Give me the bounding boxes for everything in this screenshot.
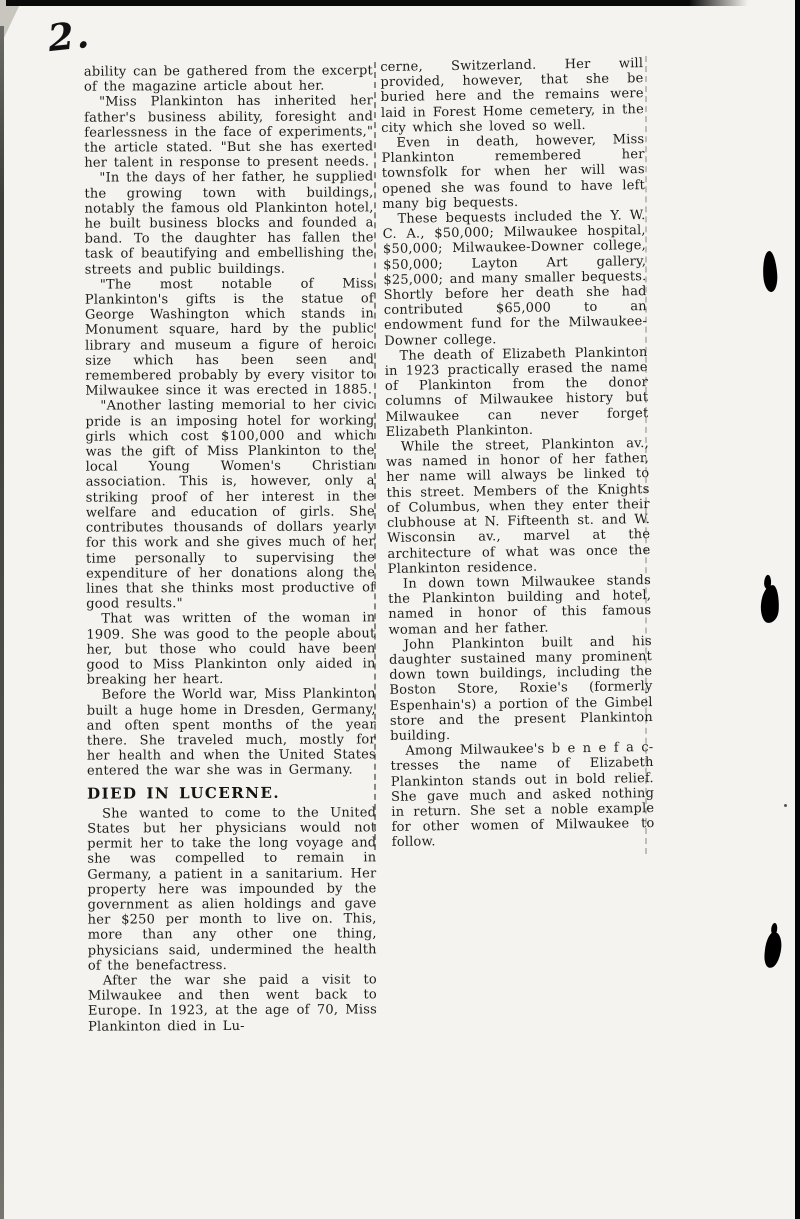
scan-speck	[784, 804, 787, 807]
article-paragraph: While the street, Plankinton av., was na…	[386, 436, 651, 577]
article-paragraph: "The most notable of Miss Plankinton's g…	[85, 276, 375, 399]
scan-edge-right-bar	[795, 0, 800, 1219]
article-paragraph: Before the World war, Miss Plankinton bu…	[87, 687, 376, 779]
newspaper-clipping-page: 2. ability can be gathered from the exce…	[0, 0, 800, 1219]
handwritten-page-number: 2.	[46, 12, 93, 60]
article-paragraph: These bequests included the Y. W. C. A.,…	[382, 208, 647, 349]
article-paragraph: "Another lasting memorial to her civic p…	[85, 398, 375, 612]
section-heading-died-in-lucerne: DIED IN LUCERNE.	[87, 785, 376, 801]
ink-blob	[760, 585, 780, 624]
article-paragraph: ability can be gathered from the excerpt…	[84, 63, 373, 95]
article-paragraph: Even in death, however, Miss Plankinton …	[381, 132, 645, 212]
article-paragraph: "In the days of her father, he supplied …	[84, 170, 373, 278]
article-paragraph: cerne, Switzerland. Her will provided, h…	[380, 56, 644, 136]
article-right-column: cerne, Switzerland. Her will provided, h…	[380, 56, 655, 850]
article-paragraph: Among Milwaukee's b e n e f a c- tresses…	[390, 740, 655, 850]
article-paragraph: She wanted to come to the United States …	[87, 805, 377, 973]
article-paragraph: "Miss Plankinton has inherited her fathe…	[84, 94, 373, 171]
article-paragraph: The death of Elizabeth Plankinton in 192…	[384, 345, 648, 440]
left-column-paragraphs: ability can be gathered from the excerpt…	[84, 63, 376, 779]
left-column-paragraphs-after-heading: She wanted to come to the United States …	[87, 805, 377, 1034]
article-paragraph: After the war she paid a visit to Milwau…	[88, 972, 377, 1034]
ink-blob	[762, 251, 779, 293]
scan-edge-top	[6, 0, 748, 6]
right-column-paragraphs: cerne, Switzerland. Her will provided, h…	[380, 56, 655, 850]
article-left-column: ability can be gathered from the excerpt…	[84, 63, 377, 1034]
article-paragraph: John Plankinton built and his daughter s…	[389, 634, 654, 744]
article-paragraph: That was written of the woman in 1909. S…	[86, 611, 375, 688]
article-paragraph: In down town Milwaukee stands the Planki…	[388, 573, 652, 638]
scan-edge-left	[0, 26, 4, 1219]
ink-blob	[763, 931, 783, 968]
